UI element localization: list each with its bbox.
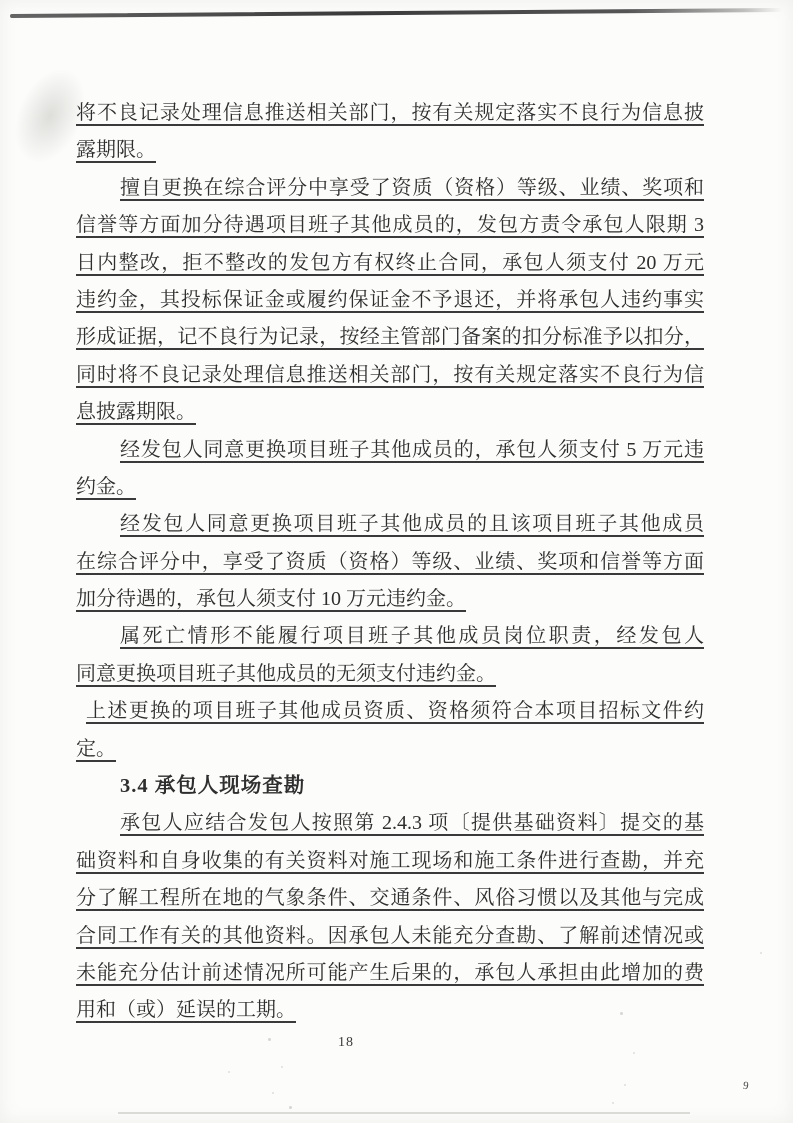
doc-line: 日内整改，拒不整改的发包方有权终止合同，承包人须支付 20 万元 [76, 245, 704, 282]
section-heading-3-4: 3.4 承包人现场查勘 [76, 768, 704, 805]
doc-line: 分了解工程所在地的气象条件、交通条件、风俗习惯以及其他与完成 [76, 880, 704, 917]
scanned-document-page: 将不良记录处理信息推送相关部门，按有关规定落实不良行为信息披 露期限。 擅自更换… [0, 0, 793, 1123]
doc-line: 同意更换项目班子其他成员的无须支付违约金。 [76, 656, 704, 693]
scan-speck [272, 1092, 274, 1094]
scan-artifact-corner-mark: 9 [742, 1080, 749, 1093]
doc-line: 形成证据，记不良行为记录，按经主管部门备案的扣分标准予以扣分， [76, 319, 704, 356]
doc-line: 加分待遇的，承包人须支付 10 万元违约金。 [76, 581, 704, 618]
doc-line: 用和（或）延误的工期。 [76, 992, 704, 1029]
scan-speck [289, 1106, 292, 1109]
doc-line: 上述更换的项目班子其他成员资质、资格须符合本项目招标文件约 [76, 693, 704, 730]
doc-line: 础资料和自身收集的有关资料对施工现场和施工条件进行查勘，并充 [76, 843, 704, 880]
doc-line: 定。 [76, 731, 704, 768]
scan-speck [624, 1084, 626, 1086]
scan-speck [633, 1052, 635, 1054]
scan-speck [760, 952, 762, 954]
scan-speck [281, 1066, 283, 1068]
scan-speck [228, 1071, 230, 1073]
doc-line: 信誉等方面加分待遇项目班子其他成员的，发包方责令承包人限期 3 [76, 207, 704, 244]
doc-line: 擅自更换在综合评分中享受了资质（资格）等级、业绩、奖项和 [76, 170, 704, 207]
doc-line: 违约金，其投标保证金或履约保证金不予退还，并将承包人违约事实 [76, 282, 704, 319]
doc-line: 露期限。 [76, 132, 704, 169]
doc-line: 未能充分估计前述情况所可能产生后果的，承包人承担由此增加的费 [76, 955, 704, 992]
document-body: 将不良记录处理信息推送相关部门，按有关规定落实不良行为信息披 露期限。 擅自更换… [76, 95, 704, 1030]
doc-line: 经发包人同意更换项目班子其他成员的且该项目班子其他成员 [76, 506, 704, 543]
scan-artifact-bottom-line [118, 1112, 690, 1114]
doc-line: 息披露期限。 [76, 394, 704, 431]
doc-line: 属死亡情形不能履行项目班子其他成员岗位职责，经发包人 [76, 618, 704, 655]
scan-artifact-top-line [10, 8, 782, 18]
doc-line: 承包人应结合发包人按照第 2.4.3 项〔提供基础资料〕提交的基 [76, 805, 704, 842]
page-number: 18 [326, 1035, 366, 1051]
doc-line: 将不良记录处理信息推送相关部门，按有关规定落实不良行为信息披 [76, 95, 704, 132]
doc-line: 合同工作有关的其他资料。因承包人未能充分查勘、了解前述情况或 [76, 918, 704, 955]
doc-line: 在综合评分中，享受了资质（资格）等级、业绩、奖项和信誉等方面 [76, 544, 704, 581]
doc-line: 同时将不良记录处理信息推送相关部门，按有关规定落实不良行为信 [76, 357, 704, 394]
doc-line: 经发包人同意更换项目班子其他成员的，承包人须支付 5 万元违 [76, 432, 704, 469]
scan-speck [620, 1012, 623, 1015]
doc-line: 约金。 [76, 469, 704, 506]
scan-speck [268, 1038, 271, 1041]
scan-speck [612, 1102, 614, 1104]
